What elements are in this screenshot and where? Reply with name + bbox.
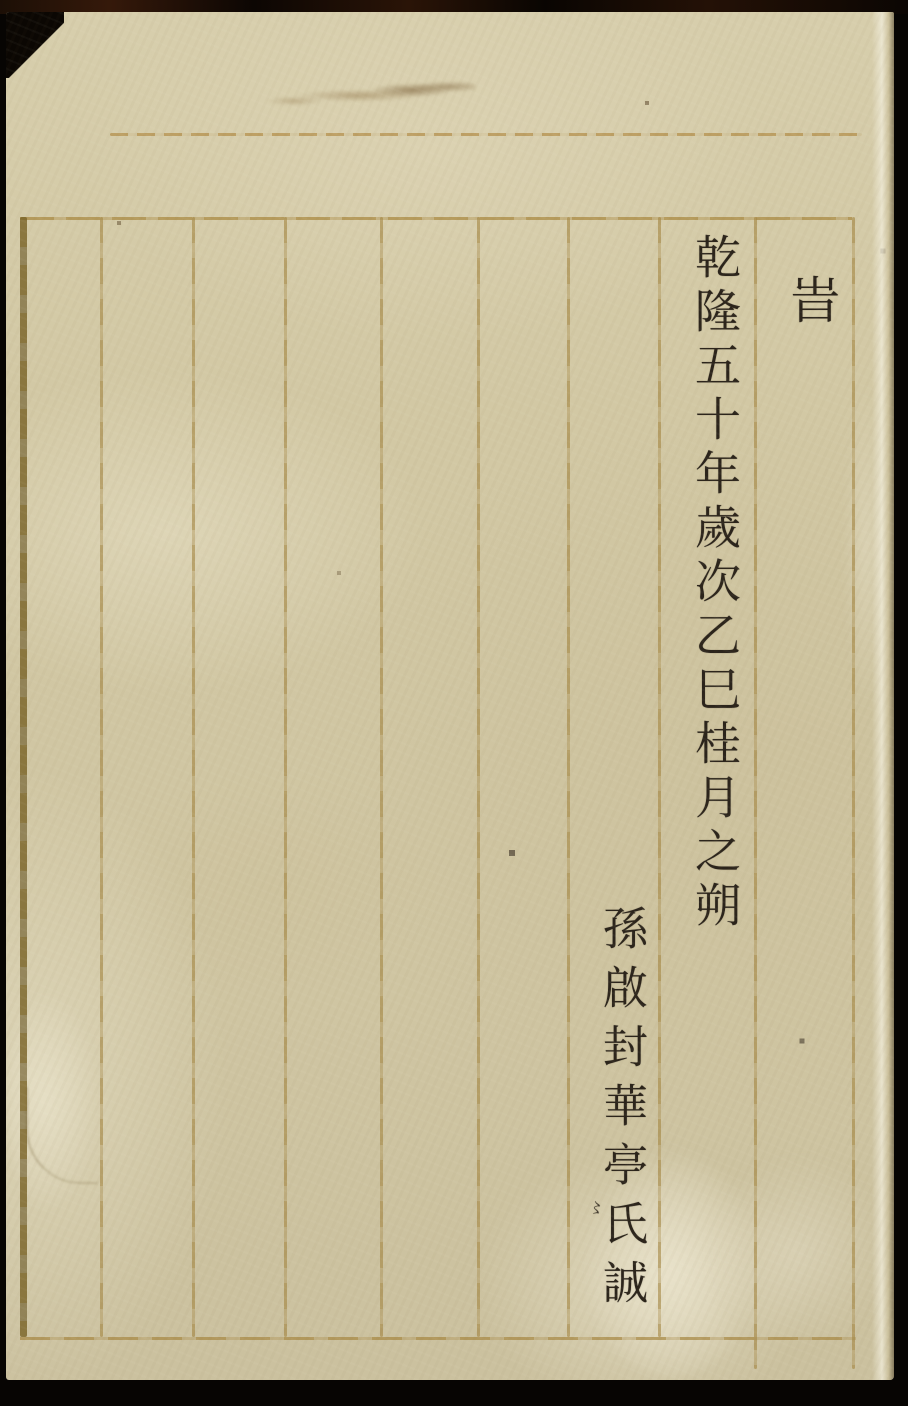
column-rule-line-4 — [284, 217, 287, 1337]
header-rule-line — [110, 133, 862, 136]
calligraphy-time-character: 旹 — [775, 274, 847, 324]
column-grid-bottom-border — [20, 1337, 856, 1340]
calligraphy-date-column: 乾隆五十年歲次乙巳桂月之朔 — [682, 233, 748, 935]
page-edge-highlight — [872, 12, 894, 1380]
manuscript-paper: 旹 乾隆五十年歲次乙巳桂月之朔 孫啟封華亭氏誠 〻 — [6, 12, 894, 1380]
ink-smudge-stain — [265, 74, 475, 110]
column-rule-line-1 — [20, 217, 27, 1337]
column-rule-line-6 — [477, 217, 480, 1337]
column-rule-line-10 — [852, 217, 855, 1369]
column-rule-line-5 — [380, 217, 383, 1337]
worn-patch-bottom-center — [581, 1142, 761, 1377]
calligraphy-insertion-mark: 〻 — [585, 1198, 609, 1217]
column-rule-line-9 — [754, 217, 757, 1369]
column-rule-line-7 — [567, 217, 570, 1337]
column-rule-line-8 — [658, 217, 661, 1337]
column-rule-line-3 — [192, 217, 195, 1337]
scanned-manuscript-page: 旹 乾隆五十年歲次乙巳桂月之朔 孫啟封華亭氏誠 〻 — [0, 0, 908, 1406]
column-grid-top-border — [20, 217, 852, 220]
calligraphy-signature-column: 孫啟封華亭氏誠 — [589, 905, 654, 1318]
worn-patch-bottom-right — [706, 1152, 891, 1352]
torn-corner — [6, 12, 64, 78]
column-rule-line-2 — [100, 217, 103, 1337]
paper-crease — [26, 1087, 98, 1184]
